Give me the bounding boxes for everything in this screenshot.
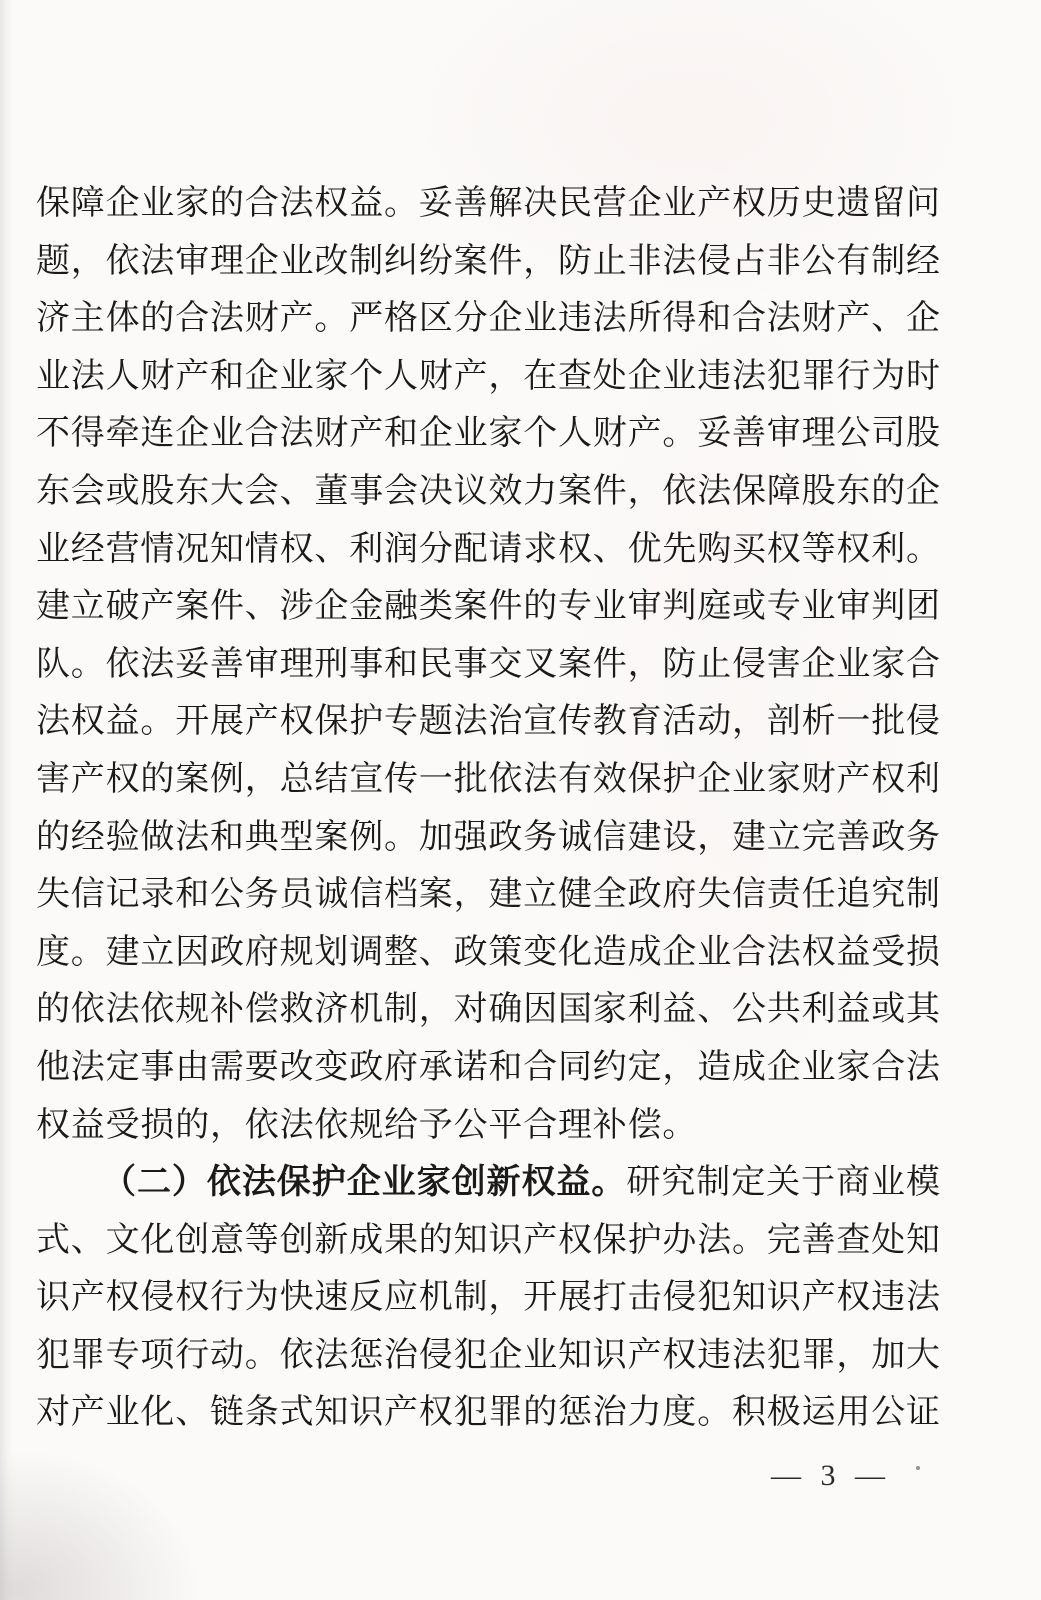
line-text: 东会或股东大会、董事会决议效力案件，依法保障股东的企 xyxy=(36,473,940,510)
line-text: 法权益。开展产权保护专题法治宣传教育活动，剖析一批侵 xyxy=(36,703,940,740)
line-text: 研究制定关于商业模 xyxy=(626,1164,940,1201)
line-text: 他法定事由需要改变政府承诺和合同约定，造成企业家合法 xyxy=(36,1049,940,1086)
text-line: 的经验做法和典型案例。加强政务诚信建设，建立完善政务 xyxy=(36,809,940,867)
text-line: 不得牵连企业合法财产和企业家个人财产。妥善审理公司股 xyxy=(36,405,940,463)
line-text: 害产权的案例，总结宣传一批依法有效保护企业家财产权利 xyxy=(36,761,940,798)
text-line: 犯罪专项行动。依法惩治侵犯企业知识产权违法犯罪，加大 xyxy=(36,1327,940,1385)
line-text: 业法人财产和企业家个人财产，在查处企业违法犯罪行为时 xyxy=(36,358,940,395)
text-line: 他法定事由需要改变政府承诺和合同约定，造成企业家合法 xyxy=(36,1039,940,1097)
text-line: 建立破产案件、涉企金融类案件的专业审判庭或专业审判团 xyxy=(36,578,940,636)
scanned-document-page: 保障企业家的合法权益。妥善解决民营企业产权历史遗留问题，依法审理企业改制纠纷案件… xyxy=(0,0,1041,1600)
line-text: 式、文化创意等创新成果的知识产权保护办法。完善查处知 xyxy=(36,1222,940,1259)
line-text: 犯罪专项行动。依法惩治侵犯企业知识产权违法犯罪，加大 xyxy=(36,1337,940,1374)
text-line: 对产业化、链条式知识产权犯罪的惩治力度。积极运用公证 xyxy=(36,1384,940,1442)
text-line: 度。建立因政府规划调整、政策变化造成企业合法权益受损 xyxy=(36,924,940,982)
text-line: 权益受损的，依法依规给予公平合理补偿。 xyxy=(36,1097,940,1155)
line-text: 度。建立因政府规划调整、政策变化造成企业合法权益受损 xyxy=(36,934,940,971)
text-line: 的依法依规补偿救济机制，对确因国家利益、公共利益或其 xyxy=(36,981,940,1039)
line-text: 识产权侵权行为快速反应机制，开展打击侵犯知识产权违法 xyxy=(36,1279,940,1316)
document-body: 保障企业家的合法权益。妥善解决民营企业产权历史遗留问题，依法审理企业改制纠纷案件… xyxy=(36,175,940,1442)
line-text: 不得牵连企业合法财产和企业家个人财产。妥善审理公司股 xyxy=(36,415,940,452)
line-text: 业经营情况知情权、利润分配请求权、优先购买权等权利。 xyxy=(36,531,940,568)
text-line: 式、文化创意等创新成果的知识产权保护办法。完善查处知 xyxy=(36,1212,940,1270)
line-text: 对产业化、链条式知识产权犯罪的惩治力度。积极运用公证 xyxy=(36,1394,940,1431)
line-text: 的经验做法和典型案例。加强政务诚信建设，建立完善政务 xyxy=(36,819,940,856)
scan-speckle xyxy=(916,1466,920,1470)
line-text: 建立破产案件、涉企金融类案件的专业审判庭或专业审判团 xyxy=(36,588,940,625)
line-text: 队。依法妥善审理刑事和民事交叉案件，防止侵害企业家合 xyxy=(36,646,940,683)
line-text: 保障企业家的合法权益。妥善解决民营企业产权历史遗留问 xyxy=(36,185,940,222)
text-line: 题，依法审理企业改制纠纷案件，防止非法侵占非公有制经 xyxy=(36,233,940,291)
text-line: 队。依法妥善审理刑事和民事交叉案件，防止侵害企业家合 xyxy=(36,636,940,694)
text-line: 害产权的案例，总结宣传一批依法有效保护企业家财产权利 xyxy=(36,751,940,809)
text-line: 业法人财产和企业家个人财产，在查处企业违法犯罪行为时 xyxy=(36,348,940,406)
section-heading-bold-text: （二）依法保护企业家创新权益。 xyxy=(102,1164,626,1201)
line-text: 权益受损的，依法依规给予公平合理补偿。 xyxy=(36,1107,697,1144)
text-line: 识产权侵权行为快速反应机制，开展打击侵犯知识产权违法 xyxy=(36,1269,940,1327)
text-line: 东会或股东大会、董事会决议效力案件，依法保障股东的企 xyxy=(36,463,940,521)
text-line: 业经营情况知情权、利润分配请求权、优先购买权等权利。 xyxy=(36,521,940,579)
line-text: 的依法依规补偿救济机制，对确因国家利益、公共利益或其 xyxy=(36,991,940,1028)
text-line: 法权益。开展产权保护专题法治宣传教育活动，剖析一批侵 xyxy=(36,693,940,751)
line-text: 题，依法审理企业改制纠纷案件，防止非法侵占非公有制经 xyxy=(36,243,940,280)
text-line: 保障企业家的合法权益。妥善解决民营企业产权历史遗留问 xyxy=(36,175,940,233)
line-text: 失信记录和公务员诚信档案，建立健全政府失信责任追究制 xyxy=(36,876,940,913)
line-text: 济主体的合法财产。严格区分企业违法所得和合法财产、企 xyxy=(36,300,940,337)
text-line: 失信记录和公务员诚信档案，建立健全政府失信责任追究制 xyxy=(36,866,940,924)
text-line: 济主体的合法财产。严格区分企业违法所得和合法财产、企 xyxy=(36,290,940,348)
text-line: （二）依法保护企业家创新权益。研究制定关于商业模 xyxy=(36,1154,940,1212)
page-number: — 3 — xyxy=(766,1459,896,1493)
